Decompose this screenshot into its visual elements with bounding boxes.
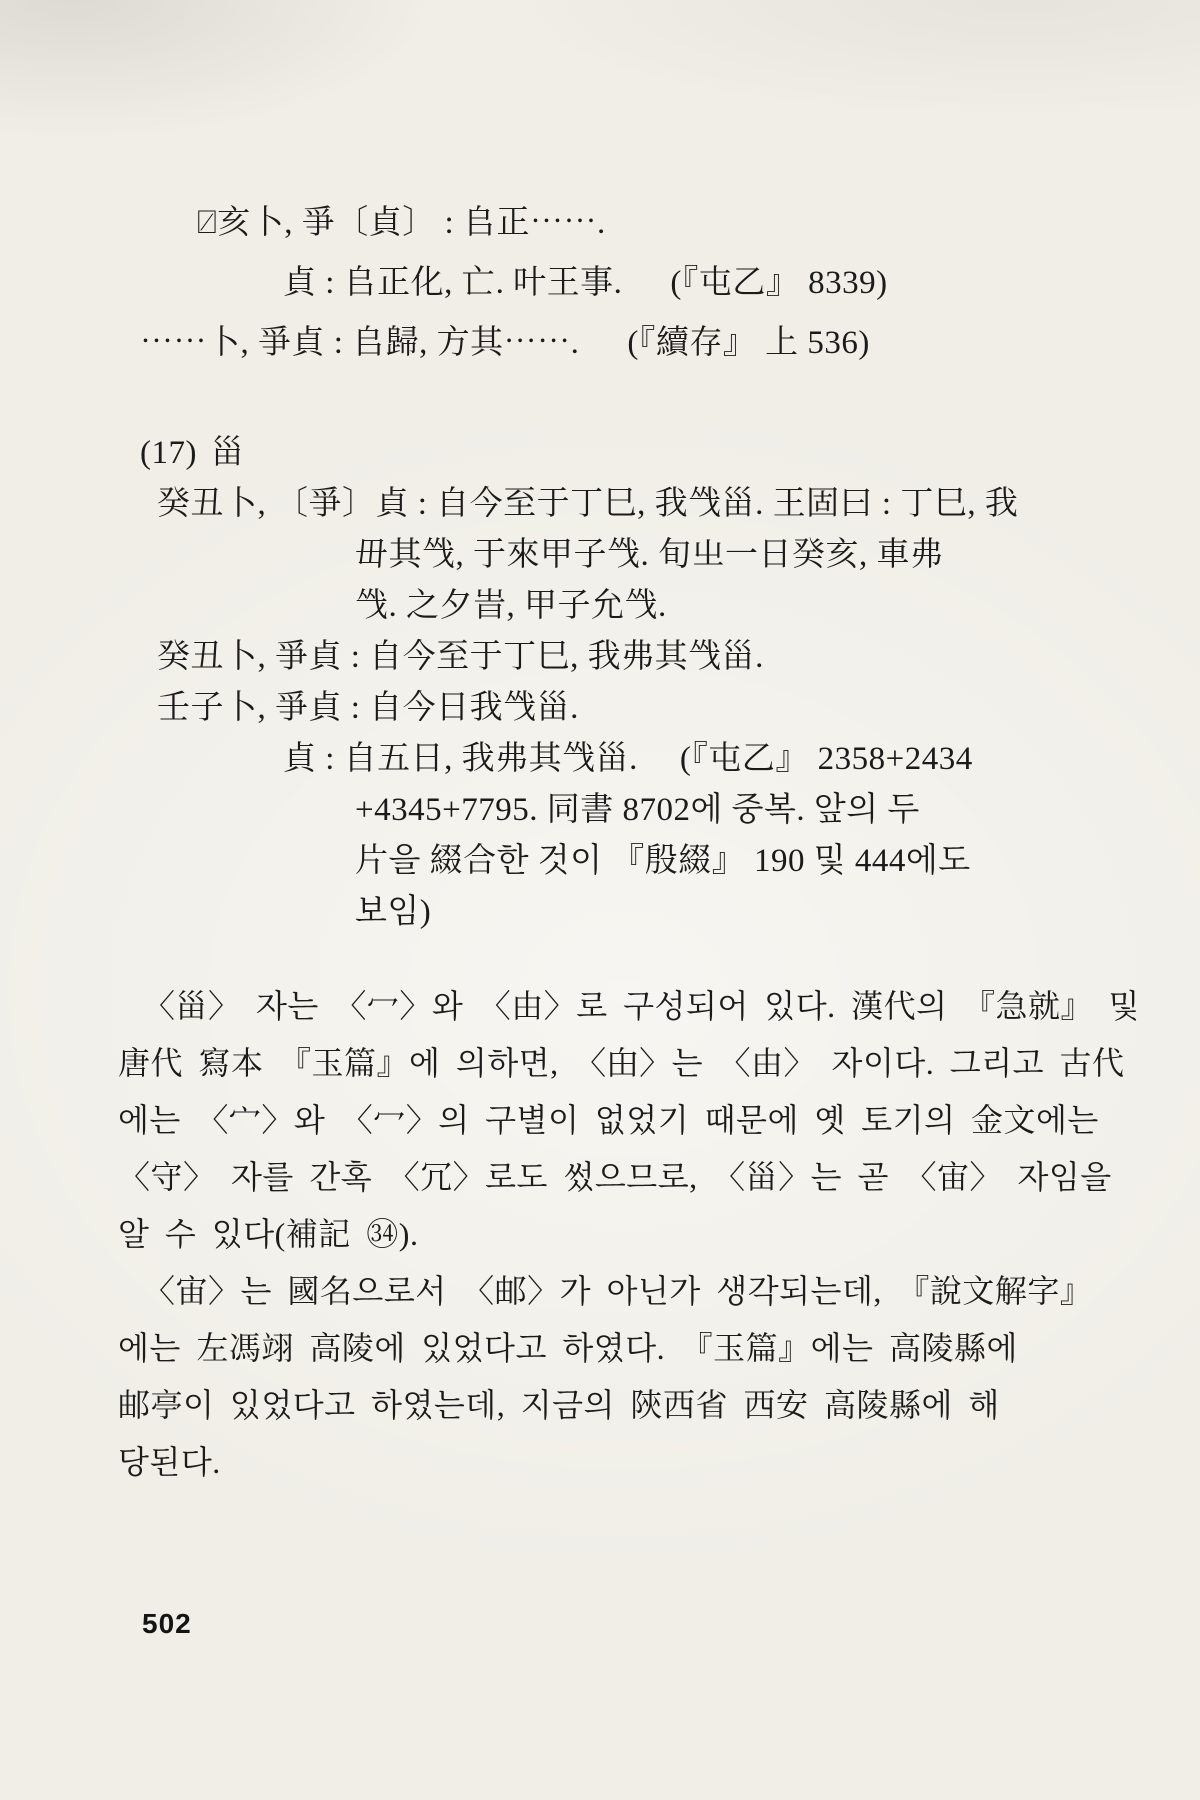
transcription-line: ⍁亥卜, 爭〔貞〕 : 𠂤正⋯⋯. xyxy=(197,193,1200,253)
book-page: ⍁亥卜, 爭〔貞〕 : 𠂤正⋯⋯. 貞 : 𠂤正化, 亡𡆥. 叶王事.(『屯乙』… xyxy=(0,0,1200,1800)
oracle-text: ⍁亥卜, 爭〔貞〕 : 𠂤正⋯⋯. xyxy=(197,205,606,241)
source-citation: (『屯乙』 2358+2434 xyxy=(680,734,973,785)
transcription-line: 癸丑卜, 〔爭〕貞 : 自今至于丁巳, 我㦰甾. 王固曰 : 丁巳, 我 xyxy=(157,479,1200,530)
oracle-text: 癸丑卜, 爭貞 : 自今至于丁巳, 我弗其㦰甾. xyxy=(157,639,764,675)
entry-number: (17) xyxy=(140,435,197,471)
source-citation: (『續存』 上 536) xyxy=(627,313,869,373)
commentary-line: 에는 〈宀〉와 〈冖〉의 구별이 없었기 때문에 옛 토기의 金文에는 xyxy=(118,1092,1200,1149)
transcription-line: 貞 : 自五日, 我弗其㦰甾.(『屯乙』 2358+2434 xyxy=(283,734,1200,785)
transcription-line: 㦰. 之夕旹, 甲子允㦰. xyxy=(355,581,1200,632)
entry-heading: (17)甾 xyxy=(140,428,1200,479)
entry-17: (17)甾 癸丑卜, 〔爭〕貞 : 自今至于丁巳, 我㦰甾. 王固曰 : 丁巳,… xyxy=(0,428,1200,938)
transcription-line: 癸丑卜, 爭貞 : 自今至于丁巳, 我弗其㦰甾. xyxy=(157,632,1200,683)
commentary-line: 에는 左馮翊 高陵에 있었다고 하였다. 『玉篇』에는 高陵縣에 xyxy=(118,1320,1200,1377)
oracle-text: 貞 : 自五日, 我弗其㦰甾. xyxy=(283,741,638,777)
commentary-line: 알 수 있다(補記 ㉞). xyxy=(118,1206,1200,1263)
transcription-line: ⋯⋯卜, 爭貞 : 𠂤歸, 方其⋯⋯.(『續存』 上 536) xyxy=(140,313,1200,373)
page-number: 502 xyxy=(142,1608,192,1640)
oracle-text: 㦰. 之夕旹, 甲子允㦰. xyxy=(355,588,667,624)
oracle-text: ⋯⋯卜, 爭貞 : 𠂤歸, 方其⋯⋯. xyxy=(140,325,579,361)
entry-16-tail: ⍁亥卜, 爭〔貞〕 : 𠂤正⋯⋯. 貞 : 𠂤正化, 亡𡆥. 叶王事.(『屯乙』… xyxy=(0,193,1200,373)
citation-note-line: +4345+7795. 同書 8702에 중복. 앞의 두 xyxy=(355,785,1200,836)
commentary-paragraph-2: 〈宙〉는 國名으로서 〈邮〉가 아닌가 생각되는데, 『說文解字』 에는 左馮翊… xyxy=(0,1263,1200,1491)
citation-note-text: 片을 綴合한 것이 『殷綴』 190 및 444에도 xyxy=(355,843,971,879)
transcription-line: 貞 : 𠂤正化, 亡𡆥. 叶王事.(『屯乙』 8339) xyxy=(283,253,1200,313)
commentary-paragraph-1: 〈甾〉 자는 〈冖〉와 〈由〉로 구성되어 있다. 漢代의 『急就』 및 唐代 … xyxy=(0,978,1200,1263)
commentary-line: 〈守〉 자를 간혹 〈冗〉로도 썼으므로, 〈甾〉는 곧 〈宙〉 자임을 xyxy=(118,1149,1200,1206)
source-citation: (『屯乙』 8339) xyxy=(670,253,887,313)
commentary-line: 唐代 寫本 『玉篇』에 의하면, 〈甶〉는 〈由〉 자이다. 그리고 古代 xyxy=(118,1035,1200,1092)
commentary-line: 〈甾〉 자는 〈冖〉와 〈由〉로 구성되어 있다. 漢代의 『急就』 및 xyxy=(143,978,1200,1035)
oracle-text: 壬子卜, 爭貞 : 自今日我㦰甾. xyxy=(157,690,579,726)
commentary-line: 〈宙〉는 國名으로서 〈邮〉가 아닌가 생각되는데, 『說文解字』 xyxy=(143,1263,1200,1320)
citation-note-text: 보임) xyxy=(355,894,431,930)
oracle-text: 癸丑卜, 〔爭〕貞 : 自今至于丁巳, 我㦰甾. 王固曰 : 丁巳, 我 xyxy=(157,486,1018,522)
oracle-text: 毌其㦰, 于來甲子㦰. 旬㞢一日癸亥, 車弗 xyxy=(355,537,944,573)
page-content: ⍁亥卜, 爭〔貞〕 : 𠂤正⋯⋯. 貞 : 𠂤正化, 亡𡆥. 叶王事.(『屯乙』… xyxy=(0,0,1200,1491)
oracle-text: 貞 : 𠂤正化, 亡𡆥. 叶王事. xyxy=(283,265,622,301)
transcription-line: 壬子卜, 爭貞 : 自今日我㦰甾. xyxy=(157,683,1200,734)
transcription-line: 毌其㦰, 于來甲子㦰. 旬㞢一日癸亥, 車弗 xyxy=(355,530,1200,581)
commentary-line: 邮亭이 있었다고 하였는데, 지금의 陝西省 西安 高陵縣에 해 xyxy=(118,1377,1200,1434)
citation-note-line: 보임) xyxy=(355,887,1200,938)
citation-note-text: +4345+7795. 同書 8702에 중복. 앞의 두 xyxy=(355,792,920,828)
commentary-line: 당된다. xyxy=(118,1434,1200,1491)
citation-note-line: 片을 綴合한 것이 『殷綴』 190 및 444에도 xyxy=(355,836,1200,887)
entry-headword: 甾 xyxy=(211,435,245,471)
